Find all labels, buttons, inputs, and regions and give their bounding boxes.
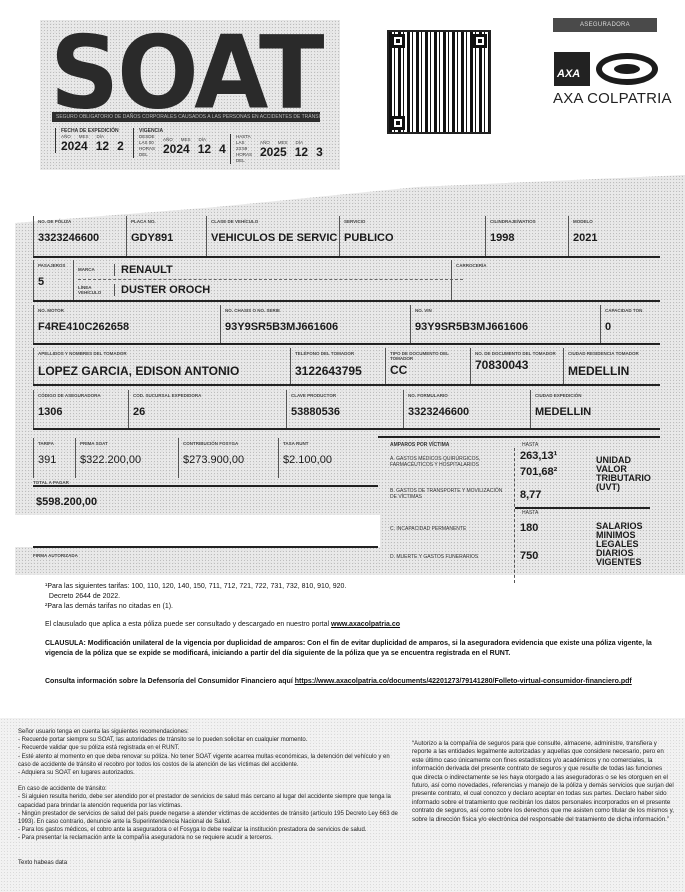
field-label: CILINDRAJE/WATIOS bbox=[490, 219, 565, 224]
field-poliza: No. DE PÓLIZA3323246600 bbox=[33, 216, 123, 256]
coverage-header: AMPAROS POR VÍCTIMA bbox=[390, 442, 449, 448]
field-label: LÍNEA VEHÍCULO bbox=[78, 285, 108, 295]
accident-title: En caso de accidente de tránsito: bbox=[18, 785, 398, 793]
field-value: VEHICULOS DE SERVIC bbox=[211, 232, 339, 244]
field-cilindraje: CILINDRAJE/WATIOS1998 bbox=[485, 216, 565, 256]
defensoria-note: Consulta información sobre la Defensoría… bbox=[45, 677, 655, 687]
from-day: 4 bbox=[219, 142, 226, 156]
field-ciudad-exp: CIUDAD EXPEDICIÓNMEDELLIN bbox=[530, 390, 660, 428]
coverage-d-value: 750 bbox=[520, 550, 538, 562]
coverage-table: AMPAROS POR VÍCTIMA HASTA A. GASTOS MÉDI… bbox=[378, 436, 660, 438]
note-text: Decreto 2644 de 2022. bbox=[49, 593, 120, 600]
habeas-data-text: “Autorizo a la compañía de seguros para … bbox=[412, 740, 674, 824]
field-value: F4RE410C262658 bbox=[38, 321, 218, 333]
field-placa: PLACA No.GDY891 bbox=[126, 216, 204, 256]
tariff-note-2: ²Para las demás tarifas no citadas en (1… bbox=[45, 602, 173, 612]
expedition-day: 2 bbox=[117, 139, 124, 153]
field-value: RENAULT bbox=[114, 264, 173, 276]
smldv-unit: SALARIOS MINIMOS LEGALES DIARIOS VIGENTE… bbox=[596, 522, 658, 567]
field-chasis: No. CHASIS o No. SERIE93Y9SR5B3MJ661606 bbox=[220, 305, 410, 343]
field-value: 53880536 bbox=[291, 406, 406, 418]
expedition-year: 2024 bbox=[61, 139, 88, 153]
defensoria-link[interactable]: https://www.axacolpatria.co/documents/42… bbox=[295, 678, 632, 685]
field-label: PRIMA SOAT bbox=[80, 441, 180, 446]
field-label: CIUDAD EXPEDICIÓN bbox=[535, 393, 660, 398]
habeas-title: Texto habeas data bbox=[18, 859, 398, 867]
signature-area bbox=[15, 515, 380, 547]
field-label: TELÉFONO DEL TOMADOR bbox=[295, 351, 385, 356]
field-contribucion: CONTRIBUCIÓN FOSYGA$273.900,00 bbox=[178, 438, 278, 478]
to-label: HASTA LAS 23:59 HORAS DEL bbox=[236, 134, 256, 164]
row-tomador: APELLIDOS Y NOMBRES DEL TOMADORLOPEZ GAR… bbox=[33, 348, 660, 386]
recommendation-item: - Recuerde portar siempre su SOAT, las a… bbox=[18, 736, 398, 744]
field-value: 3323246600 bbox=[38, 232, 123, 244]
portal-link[interactable]: www.axacolpatria.co bbox=[331, 621, 400, 628]
row-ids: No. MOTORF4RE410C262658 No. CHASIS o No.… bbox=[33, 305, 660, 345]
field-prima: PRIMA SOAT$322.200,00 bbox=[75, 438, 180, 478]
coverage-a-label: A. GASTOS MÉDICOS QUIRÚRGICOS, FARMACÉUT… bbox=[390, 456, 510, 468]
field-num-doc: No. DE DOCUMENTO DEL TOMADOR70830043 bbox=[470, 348, 560, 384]
field-label: MODELO bbox=[573, 219, 658, 224]
field-pasajeros: PASAJEROS5 bbox=[33, 260, 71, 300]
field-vin: No. VIN93Y9SR5B3MJ661606 bbox=[410, 305, 600, 343]
note-text: ¹Para las siguientes tarifas: 100, 110, … bbox=[45, 583, 346, 590]
field-label: MARCA bbox=[78, 267, 108, 272]
from-label: DESDE LAS 00 HORAS DEL bbox=[139, 134, 159, 158]
field-servicio: SERVICIOPUBLICO bbox=[339, 216, 479, 256]
field-value: 70830043 bbox=[475, 358, 560, 372]
field-marca-linea: MARCA RENAULT LÍNEA VEHÍCULO DUSTER OROC… bbox=[73, 260, 463, 300]
field-value: 391 bbox=[38, 454, 73, 466]
field-label: TARIFA bbox=[38, 441, 73, 446]
field-ciudad-res: CIUDAD RESIDENCIA TOMADORMEDELLIN bbox=[563, 348, 660, 384]
field-motor: No. MOTORF4RE410C262658 bbox=[33, 305, 218, 343]
field-value: PUBLICO bbox=[344, 232, 479, 244]
field-sucursal: COD. SUCURSAL EXPEDIDORA26 bbox=[128, 390, 288, 428]
field-runt: TASA RUNT$2.100,00 bbox=[278, 438, 378, 478]
field-clave: CLAVE PRODUCTOR53880536 bbox=[286, 390, 406, 428]
field-label: No. DE DOCUMENTO DEL TOMADOR bbox=[475, 351, 560, 356]
validity-to: HASTA LAS 23:59 HORAS DEL AÑOMESDÍA 2025… bbox=[230, 134, 323, 164]
field-formulario: No. FORMULARIO3323246600 bbox=[403, 390, 533, 428]
insurer-badge: ASEGURADORA bbox=[553, 18, 657, 32]
field-label: APELLIDOS Y NOMBRES DEL TOMADOR bbox=[38, 351, 288, 356]
field-value: $2.100,00 bbox=[283, 454, 378, 466]
coverage-b-value: 8,77 bbox=[520, 489, 541, 501]
qr-finder-icon bbox=[391, 34, 405, 48]
recommendations-title: Señor usuario tenga en cuenta las siguie… bbox=[18, 728, 398, 736]
clausula-note: CLAUSULA: Modificación unilateral de la … bbox=[45, 639, 655, 659]
qr-finder-icon bbox=[391, 116, 405, 130]
to-month: 12 bbox=[295, 145, 308, 159]
field-carroceria: CARROCERÍA bbox=[451, 260, 651, 300]
field-label: CLASE DE VEHÍCULO bbox=[211, 219, 339, 224]
field-value: GDY891 bbox=[131, 232, 204, 244]
field-label: TASA RUNT bbox=[283, 441, 378, 446]
field-value: 26 bbox=[133, 406, 288, 418]
field-tipo-doc: TIPO DE DOCUMENTO DEL TOMADORCC bbox=[385, 348, 470, 384]
field-label: PLACA No. bbox=[131, 219, 204, 224]
expedition-date: FECHA DE EXPEDICIÓN AÑOMESDÍA 2024122 bbox=[55, 128, 124, 153]
coverage-c-label: C. INCAPACIDAD PERMANENTE bbox=[390, 526, 510, 532]
coverage-b-label: B. GASTOS DE TRANSPORTE Y MOVILIZACIÓN D… bbox=[390, 488, 510, 500]
field-value: CC bbox=[390, 363, 470, 377]
field-value: 0 bbox=[605, 321, 660, 333]
coverage-c-value: 180 bbox=[520, 522, 538, 534]
field-value: 1306 bbox=[38, 406, 123, 418]
note-text: Consulta información sobre la Defensoría… bbox=[45, 678, 293, 685]
field-label: CÓDIGO DE ASEGURADORA bbox=[38, 393, 123, 398]
signature-label: FIRMA AUTORIZADA bbox=[33, 546, 378, 558]
accident-item: - Si alguien resulta herido, debe ser at… bbox=[18, 793, 398, 809]
hasta-label: HASTA bbox=[522, 442, 538, 448]
coverage-d-label: D. MUERTE Y GASTOS FUNERARIOS bbox=[390, 554, 510, 560]
field-value: 1998 bbox=[490, 232, 565, 244]
tariff-note-1: ¹Para las siguientes tarifas: 100, 110, … bbox=[45, 582, 655, 602]
field-label: CAPACIDAD TON bbox=[605, 308, 660, 313]
recommendation-item: - Adquiera su SOAT en lugares autorizado… bbox=[18, 769, 398, 777]
accident-item: - Ningún prestador de servicios de salud… bbox=[18, 810, 398, 826]
field-label: No. DE PÓLIZA bbox=[38, 219, 123, 224]
coverage-split bbox=[515, 507, 650, 509]
uvt-unit: UNIDAD VALOR TRIBUTARIO (UVT) bbox=[596, 456, 660, 492]
field-label: No. CHASIS o No. SERIE bbox=[225, 308, 410, 313]
field-label: CIUDAD RESIDENCIA TOMADOR bbox=[568, 351, 660, 356]
field-label: CONTRIBUCIÓN FOSYGA bbox=[183, 441, 278, 446]
field-telefono: TELÉFONO DEL TOMADOR3122643795 bbox=[290, 348, 385, 384]
field-value: $322.200,00 bbox=[80, 454, 180, 466]
title-band: SEGURO OBLIGATORIO DE DAÑOS CORPORALES C… bbox=[52, 112, 320, 122]
from-year: 2024 bbox=[163, 142, 190, 156]
to-year: 2025 bbox=[260, 145, 287, 159]
field-cod-aseg: CÓDIGO DE ASEGURADORA1306 bbox=[33, 390, 123, 428]
field-label: TIPO DE DOCUMENTO DEL TOMADOR bbox=[390, 351, 470, 361]
colpatria-logo-icon bbox=[596, 53, 658, 85]
field-label: PASAJEROS bbox=[38, 263, 71, 268]
recommendation-item: - Recuerde validar que su póliza está re… bbox=[18, 744, 398, 752]
total-label: TOTAL A PAGAR bbox=[33, 480, 378, 485]
field-label: CLAVE PRODUCTOR bbox=[291, 393, 406, 398]
field-label: No. MOTOR bbox=[38, 308, 218, 313]
row-policy: No. DE PÓLIZA3323246600 PLACA No.GDY891 … bbox=[33, 216, 660, 258]
clausulado-note: El clausulado que aplica a esta póliza p… bbox=[45, 620, 655, 630]
field-label: CARROCERÍA bbox=[456, 263, 651, 268]
row-codes: CÓDIGO DE ASEGURADORA1306 COD. SUCURSAL … bbox=[33, 390, 660, 430]
coverage-divider bbox=[514, 448, 515, 583]
validity-from: VIGENCIA DESDE LAS 00 HORAS DEL AÑOMESDÍ… bbox=[133, 128, 226, 158]
axa-logo-icon: AXA bbox=[554, 52, 590, 86]
accident-item: - Para los gastos médicos, el cobro ante… bbox=[18, 826, 398, 834]
field-value: 2021 bbox=[573, 232, 658, 244]
recommendation-item: - Esté atento al momento en que deba ren… bbox=[18, 753, 398, 769]
field-tarifa: TARIFA391 bbox=[33, 438, 73, 478]
field-label: SERVICIO bbox=[344, 219, 479, 224]
row-payment: TARIFA391 PRIMA SOAT$322.200,00 CONTRIBU… bbox=[33, 438, 378, 478]
field-value: 93Y9SR5B3MJ661606 bbox=[415, 321, 600, 333]
coverage-a-value-1: 263,13¹ bbox=[520, 450, 557, 462]
field-value: DUSTER OROCH bbox=[114, 284, 210, 296]
qr-code[interactable] bbox=[387, 30, 491, 134]
field-value: 5 bbox=[38, 276, 71, 288]
field-modelo: MODELO2021 bbox=[568, 216, 658, 256]
expedition-month: 12 bbox=[96, 139, 109, 153]
field-value: 3323246600 bbox=[408, 406, 533, 418]
field-label: No. FORMULARIO bbox=[408, 393, 533, 398]
recommendations: Señor usuario tenga en cuenta las siguie… bbox=[18, 728, 398, 867]
coverage-a-value-2: 701,68² bbox=[520, 466, 557, 478]
field-value: $273.900,00 bbox=[183, 454, 278, 466]
field-label: COD. SUCURSAL EXPEDIDORA bbox=[133, 393, 288, 398]
field-value: LOPEZ GARCIA, EDISON ANTONIO bbox=[38, 364, 288, 378]
hasta-label: HASTA bbox=[522, 510, 538, 516]
insurer-name: AXA COLPATRIA bbox=[553, 90, 672, 107]
note-text: El clausulado que aplica a esta póliza p… bbox=[45, 621, 329, 628]
field-capacidad: CAPACIDAD TON0 bbox=[600, 305, 660, 343]
accident-item: - Para presentar la reclamación ante la … bbox=[18, 834, 398, 842]
field-value: MEDELLIN bbox=[535, 406, 660, 418]
field-value: MEDELLIN bbox=[568, 364, 660, 378]
total-value: $598.200,00 bbox=[36, 496, 97, 508]
qr-finder-icon bbox=[473, 34, 487, 48]
row-vehicle: PASAJEROS5 MARCA RENAULT LÍNEA VEHÍCULO … bbox=[33, 260, 660, 302]
from-month: 12 bbox=[198, 142, 211, 156]
total-label-row: TOTAL A PAGAR bbox=[33, 480, 378, 487]
field-value: 93Y9SR5B3MJ661606 bbox=[225, 321, 410, 333]
field-clase: CLASE DE VEHÍCULOVEHICULOS DE SERVIC bbox=[206, 216, 339, 256]
to-day: 3 bbox=[316, 145, 323, 159]
document-title: SOAT bbox=[50, 23, 323, 124]
field-tomador: APELLIDOS Y NOMBRES DEL TOMADORLOPEZ GAR… bbox=[33, 348, 288, 384]
field-label: No. VIN bbox=[415, 308, 600, 313]
field-value: 3122643795 bbox=[295, 364, 385, 378]
